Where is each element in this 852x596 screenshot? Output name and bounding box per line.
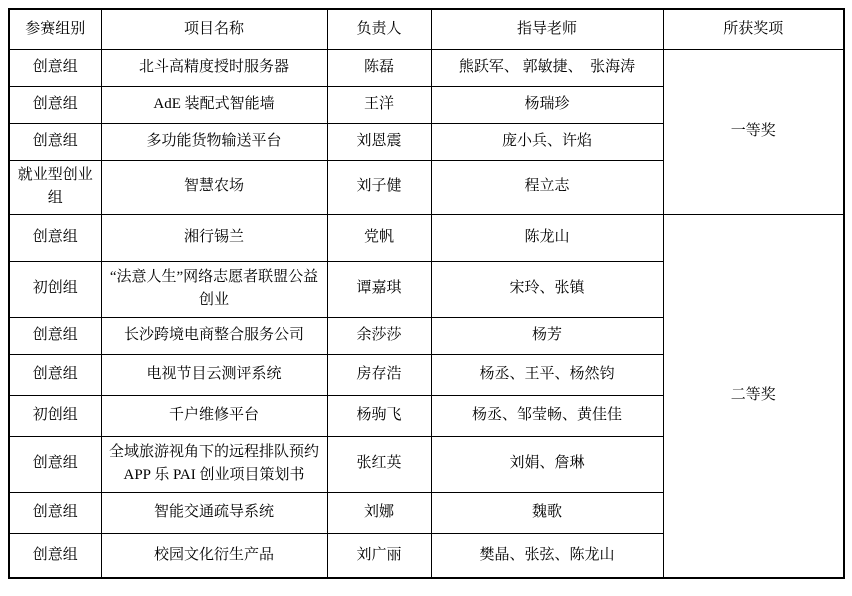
cell-leader: 王洋 bbox=[327, 86, 431, 123]
header-leader: 负责人 bbox=[327, 9, 431, 49]
cell-group: 创意组 bbox=[9, 86, 101, 123]
cell-advisors: 庞小兵、许焰 bbox=[431, 123, 663, 160]
cell-group: 初创组 bbox=[9, 395, 101, 436]
cell-leader: 刘娜 bbox=[327, 492, 431, 533]
cell-advisors: 魏歌 bbox=[431, 492, 663, 533]
header-row: 参赛组别 项目名称 负责人 指导老师 所获奖项 bbox=[9, 9, 844, 49]
cell-group: 创意组 bbox=[9, 49, 101, 86]
cell-advisors: 陈龙山 bbox=[431, 214, 663, 261]
cell-leader: 张红英 bbox=[327, 436, 431, 492]
cell-leader: 刘子健 bbox=[327, 160, 431, 214]
cell-leader: 党帆 bbox=[327, 214, 431, 261]
cell-leader: 杨驹飞 bbox=[327, 395, 431, 436]
header-advisor: 指导老师 bbox=[431, 9, 663, 49]
header-project: 项目名称 bbox=[101, 9, 327, 49]
cell-project: 校园文化衍生产品 bbox=[101, 533, 327, 578]
page: 参赛组别 项目名称 负责人 指导老师 所获奖项 创意组 北斗高精度授时服务器 陈… bbox=[0, 0, 852, 596]
cell-leader: 刘恩震 bbox=[327, 123, 431, 160]
cell-advisors: 杨芳 bbox=[431, 317, 663, 354]
cell-advisors: 杨丞、王平、杨然钧 bbox=[431, 354, 663, 395]
cell-leader: 刘广丽 bbox=[327, 533, 431, 578]
cell-leader: 房存浩 bbox=[327, 354, 431, 395]
cell-project: 智慧农场 bbox=[101, 160, 327, 214]
cell-advisors: 杨丞、邹莹畅、黄佳佳 bbox=[431, 395, 663, 436]
cell-project: AdE 装配式智能墙 bbox=[101, 86, 327, 123]
cell-advisors: 杨瑞珍 bbox=[431, 86, 663, 123]
cell-group: 创意组 bbox=[9, 123, 101, 160]
cell-project: 多功能货物输送平台 bbox=[101, 123, 327, 160]
header-group: 参赛组别 bbox=[9, 9, 101, 49]
cell-advisors: 熊跃军、 郭敏捷、 张海涛 bbox=[431, 49, 663, 86]
cell-leader: 余莎莎 bbox=[327, 317, 431, 354]
cell-group: 创意组 bbox=[9, 436, 101, 492]
cell-group: 创意组 bbox=[9, 317, 101, 354]
cell-group: 创意组 bbox=[9, 214, 101, 261]
cell-project: 全域旅游视角下的远程排队预约 APP 乐 PAI 创业项目策划书 bbox=[101, 436, 327, 492]
table-row: 创意组 北斗高精度授时服务器 陈磊 熊跃军、 郭敏捷、 张海涛 一等奖 bbox=[9, 49, 844, 86]
cell-project: 湘行锡兰 bbox=[101, 214, 327, 261]
cell-project: 长沙跨境电商整合服务公司 bbox=[101, 317, 327, 354]
cell-advisors: 宋玲、张镇 bbox=[431, 261, 663, 317]
cell-group: 创意组 bbox=[9, 354, 101, 395]
cell-group: 创意组 bbox=[9, 533, 101, 578]
cell-advisors: 樊晶、张弦、陈龙山 bbox=[431, 533, 663, 578]
cell-group: 初创组 bbox=[9, 261, 101, 317]
cell-project: 北斗高精度授时服务器 bbox=[101, 49, 327, 86]
cell-group: 创意组 bbox=[9, 492, 101, 533]
award-results-table: 参赛组别 项目名称 负责人 指导老师 所获奖项 创意组 北斗高精度授时服务器 陈… bbox=[8, 8, 845, 579]
cell-leader: 谭嘉琪 bbox=[327, 261, 431, 317]
cell-project: 电视节目云测评系统 bbox=[101, 354, 327, 395]
cell-project: 智能交通疏导系统 bbox=[101, 492, 327, 533]
header-award: 所获奖项 bbox=[663, 9, 844, 49]
table-row: 创意组 湘行锡兰 党帆 陈龙山 二等奖 bbox=[9, 214, 844, 261]
cell-group: 就业型创业组 bbox=[9, 160, 101, 214]
cell-advisors: 刘娟、詹琳 bbox=[431, 436, 663, 492]
cell-leader: 陈磊 bbox=[327, 49, 431, 86]
cell-award-first-prize: 一等奖 bbox=[663, 49, 844, 214]
cell-award-second-prize: 二等奖 bbox=[663, 214, 844, 578]
cell-advisors: 程立志 bbox=[431, 160, 663, 214]
cell-project: “法意人生”网络志愿者联盟公益创业 bbox=[101, 261, 327, 317]
cell-project: 千户维修平台 bbox=[101, 395, 327, 436]
